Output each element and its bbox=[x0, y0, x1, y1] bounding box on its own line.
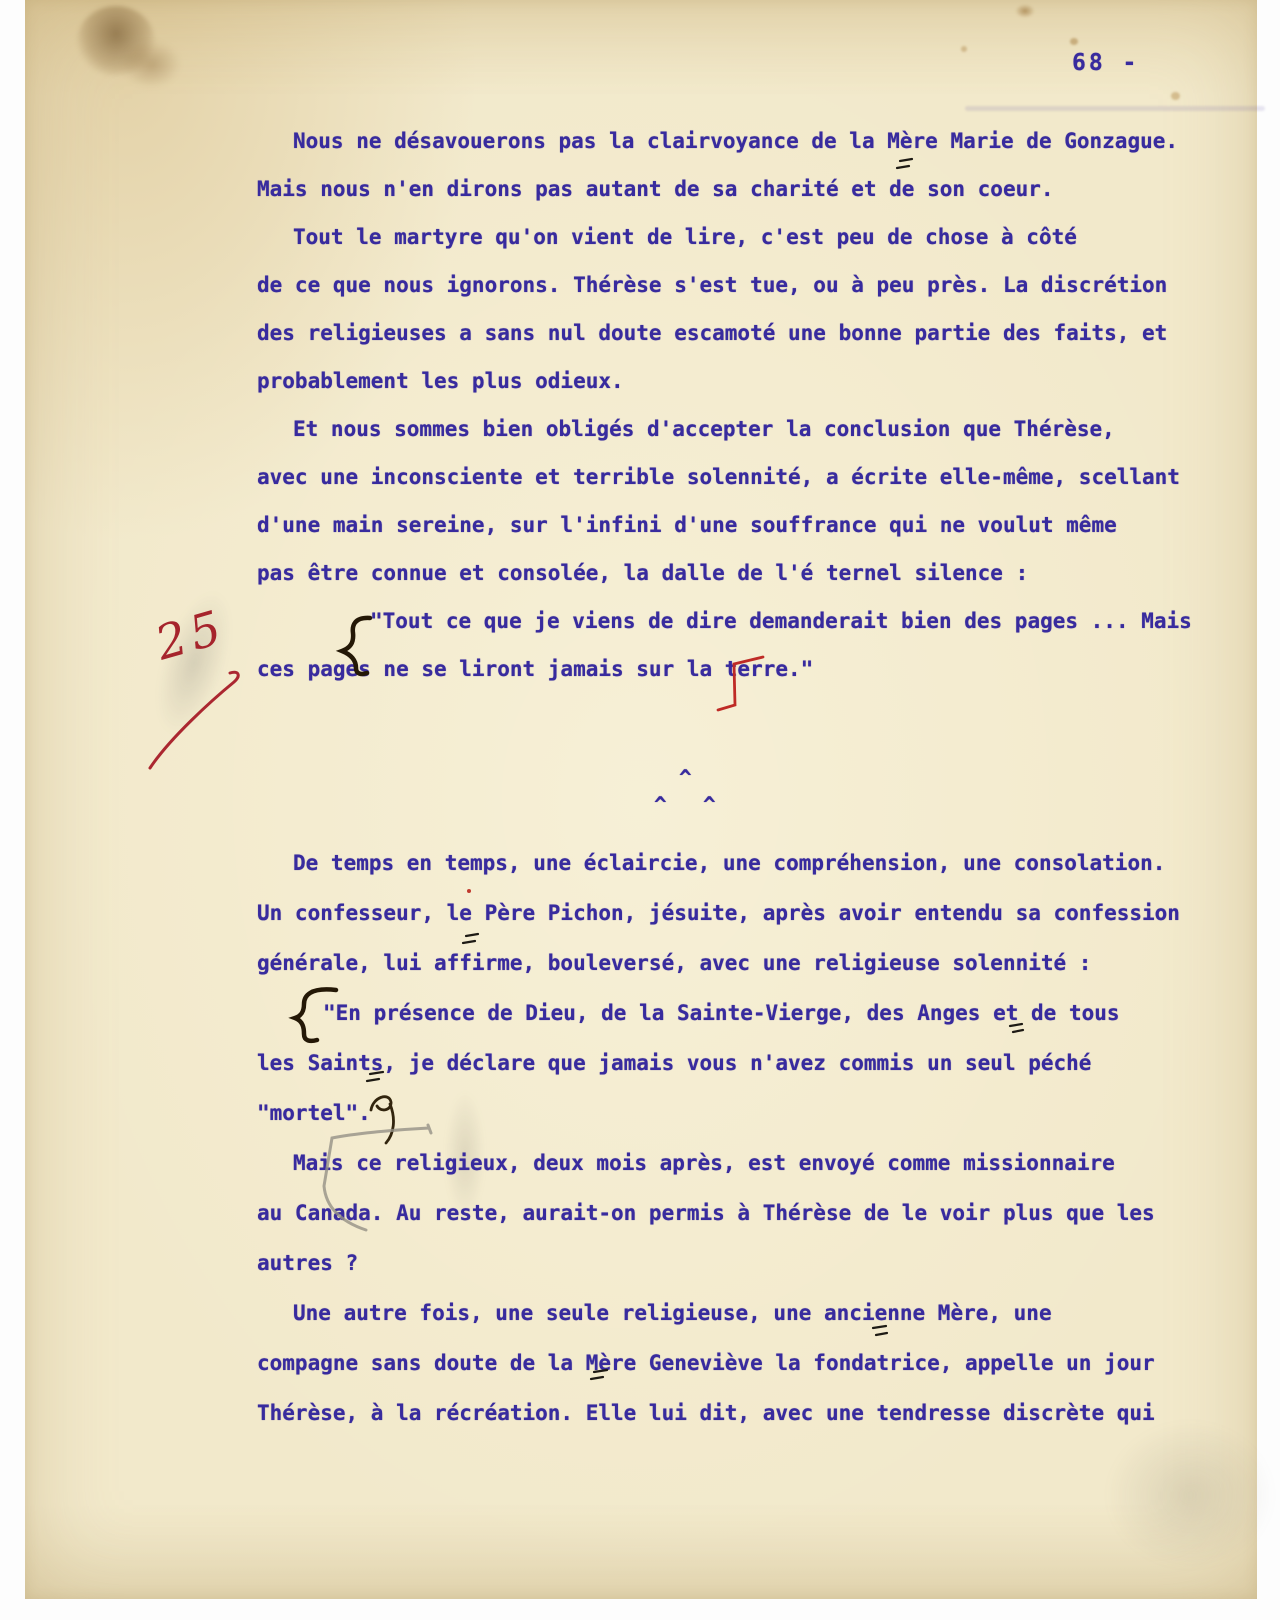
caret-divider-mark: ^ bbox=[703, 793, 716, 817]
typescript-line: Tout le martyre qu'on vient de lire, c'e… bbox=[257, 213, 1192, 261]
typescript-line: ces pages ne se liront jamais sur la ter… bbox=[257, 645, 1192, 693]
typescript-section-2: De temps en temps, une éclaircie, une co… bbox=[257, 838, 1180, 1438]
typescript-line: "mortel". bbox=[257, 1088, 1180, 1138]
typescript-line: des religieuses a sans nul doute escamot… bbox=[257, 309, 1192, 357]
paper-freckle bbox=[1171, 92, 1180, 100]
page-number: 68 - bbox=[1072, 50, 1139, 76]
typescript-line: "Tout ce que je viens de dire demanderai… bbox=[257, 597, 1192, 645]
paper-freckle bbox=[1070, 38, 1078, 45]
typescript-section-1: Nous ne désavouerons pas la clairvoyance… bbox=[257, 117, 1192, 693]
typescript-line: Mais ce religieux, deux mois après, est … bbox=[257, 1138, 1180, 1188]
typescript-line: Thérèse, à la récréation. Elle lui dit, … bbox=[257, 1388, 1180, 1438]
typescript-line: générale, lui affirme, bouleversé, avec … bbox=[257, 938, 1180, 988]
typescript-line: de ce que nous ignorons. Thérèse s'est t… bbox=[257, 261, 1192, 309]
typescript-line: Un confesseur, le Père Pichon, jésuite, … bbox=[257, 888, 1180, 938]
caret-divider-mark: ^ bbox=[679, 766, 692, 790]
foxing-stain bbox=[1015, 4, 1035, 18]
typescript-line: pas être connue et consolée, la dalle de… bbox=[257, 549, 1192, 597]
typescript-line: Mais nous n'en dirons pas autant de sa c… bbox=[257, 165, 1192, 213]
typescript-line: au Canada. Au reste, aurait-on permis à … bbox=[257, 1188, 1180, 1238]
typescript-line: d'une main sereine, sur l'infini d'une s… bbox=[257, 501, 1192, 549]
typescript-line: Une autre fois, une seule religieuse, un… bbox=[257, 1288, 1180, 1338]
foxing-stain bbox=[121, 40, 181, 88]
typescript-line: De temps en temps, une éclaircie, une co… bbox=[257, 838, 1180, 888]
typescript-line: compagne sans doute de la Mère Geneviève… bbox=[257, 1338, 1180, 1388]
paper-freckle bbox=[961, 46, 967, 52]
ink-ghost-line bbox=[965, 106, 1265, 111]
typescript-line: avec une inconsciente et terrible solenn… bbox=[257, 453, 1192, 501]
typescript-line: Nous ne désavouerons pas la clairvoyance… bbox=[257, 117, 1192, 165]
typescript-line: les Saints, je déclare que jamais vous n… bbox=[257, 1038, 1180, 1088]
typescript-line: "En présence de Dieu, de la Sainte-Vierg… bbox=[257, 988, 1180, 1038]
typescript-line: Et nous sommes bien obligés d'accepter l… bbox=[257, 405, 1192, 453]
smudge-stain bbox=[1105, 1420, 1275, 1570]
typescript-line: probablement les plus odieux. bbox=[257, 357, 1192, 405]
caret-divider-mark: ^ bbox=[654, 793, 667, 817]
scanned-page: 68 - Nous ne désavouerons pas la clairvo… bbox=[0, 0, 1280, 1620]
foxing-stain bbox=[77, 6, 155, 76]
typescript-line: autres ? bbox=[257, 1238, 1180, 1288]
